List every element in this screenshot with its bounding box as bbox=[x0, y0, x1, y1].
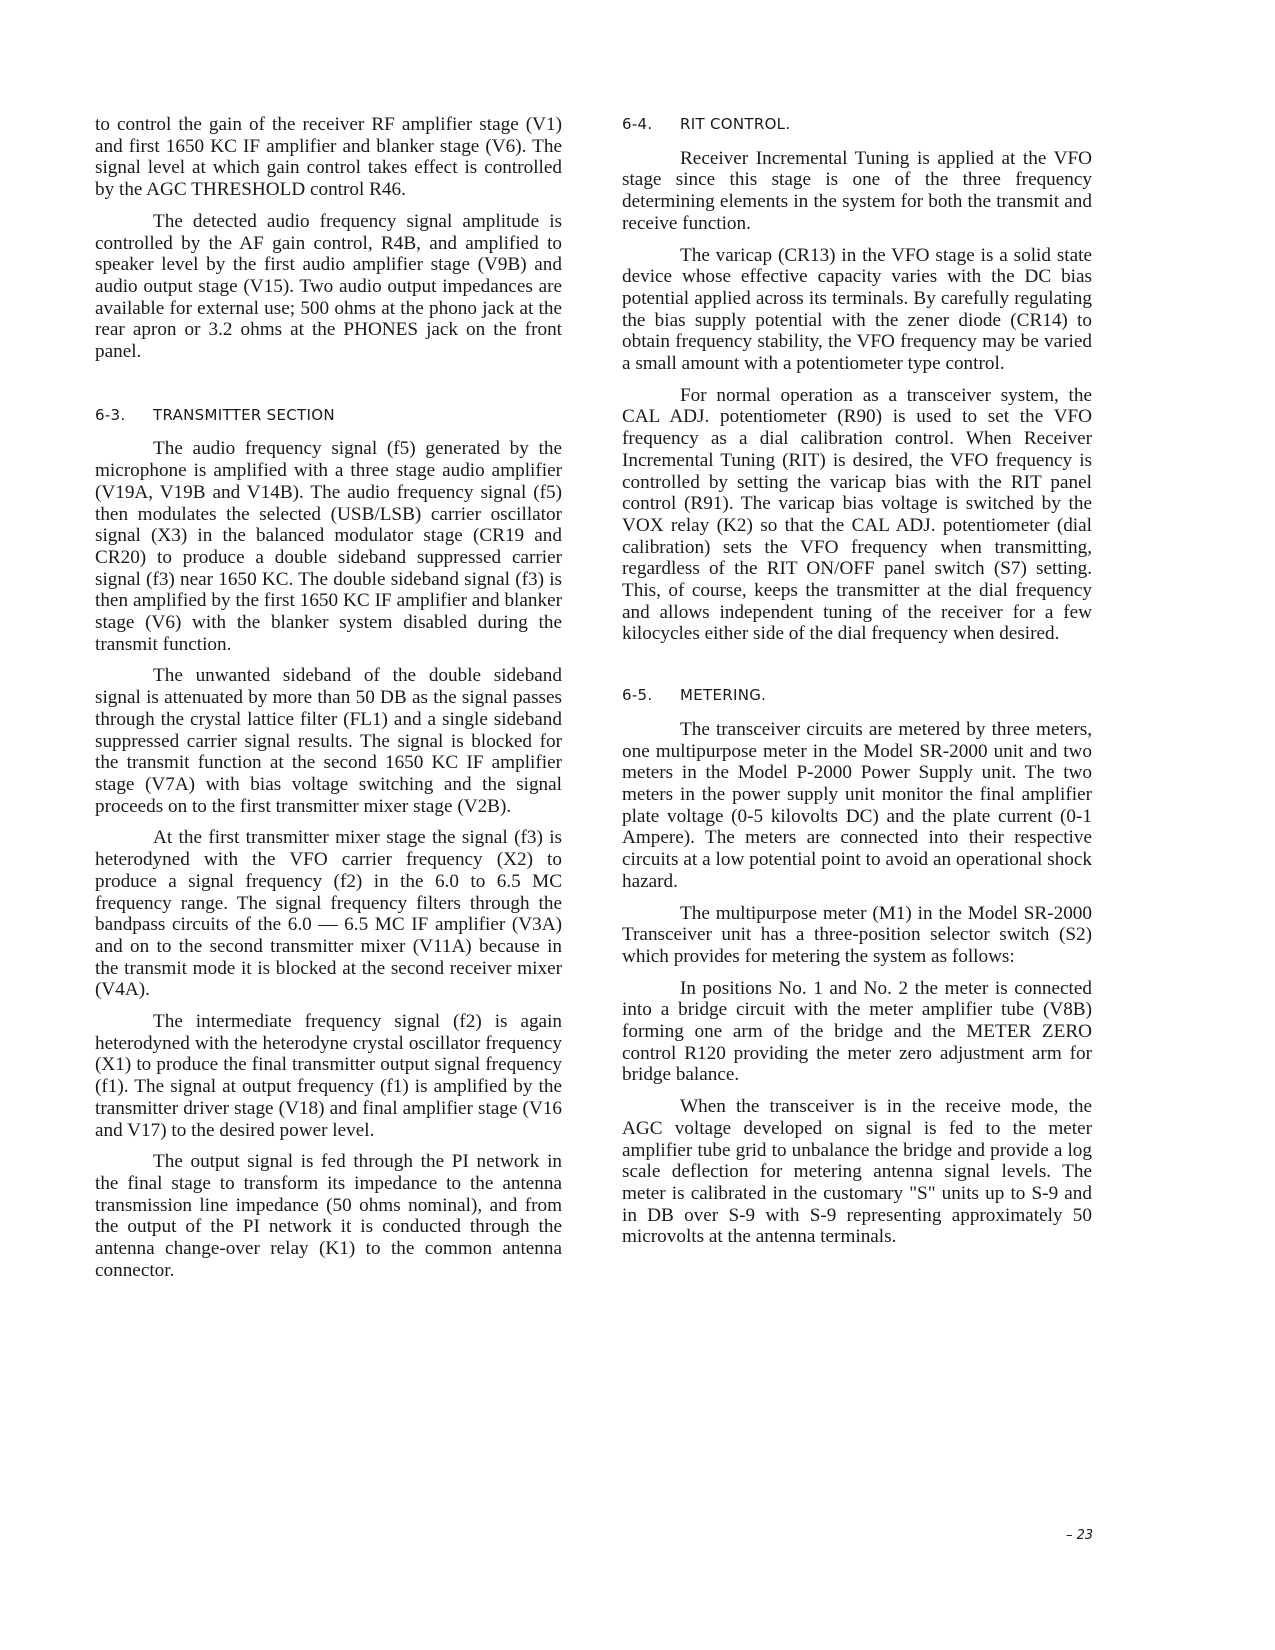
right-column: 6-4.RIT CONTROL. Receiver Incremental Tu… bbox=[622, 114, 1092, 1258]
section-title: TRANSMITTER SECTION bbox=[153, 406, 335, 424]
paragraph: The unwanted sideband of the double side… bbox=[95, 665, 562, 817]
paragraph: At the first transmitter mixer stage the… bbox=[95, 827, 562, 1001]
paragraph: The multipurpose meter (M1) in the Model… bbox=[622, 903, 1092, 968]
paragraph: When the transceiver is in the receive m… bbox=[622, 1096, 1092, 1248]
section-heading-6-5: 6-5.METERING. bbox=[622, 685, 1092, 707]
paragraph: The intermediate frequency signal (f2) i… bbox=[95, 1011, 562, 1141]
paragraph: The transceiver circuits are metered by … bbox=[622, 719, 1092, 893]
left-column: to control the gain of the receiver RF a… bbox=[95, 114, 562, 1291]
section-title: METERING. bbox=[680, 686, 766, 704]
paragraph: The varicap (CR13) in the VFO stage is a… bbox=[622, 245, 1092, 375]
paragraph-audio-amplitude: The detected audio frequency signal ampl… bbox=[95, 211, 562, 363]
section-number: 6-3. bbox=[95, 405, 153, 427]
paragraph: The audio frequency signal (f5) generate… bbox=[95, 438, 562, 655]
paragraph-agc-control: to control the gain of the receiver RF a… bbox=[95, 114, 562, 201]
paragraph: In positions No. 1 and No. 2 the meter i… bbox=[622, 978, 1092, 1087]
section-number: 6-4. bbox=[622, 114, 680, 136]
paragraph: For normal operation as a transceiver sy… bbox=[622, 385, 1092, 645]
paragraph: Receiver Incremental Tuning is applied a… bbox=[622, 148, 1092, 235]
section-heading-6-3: 6-3.TRANSMITTER SECTION bbox=[95, 405, 562, 427]
page-number: – 23 bbox=[1066, 1528, 1093, 1543]
section-title: RIT CONTROL. bbox=[680, 115, 790, 133]
paragraph: The output signal is fed through the PI … bbox=[95, 1151, 562, 1281]
section-heading-6-4: 6-4.RIT CONTROL. bbox=[622, 114, 1092, 136]
section-number: 6-5. bbox=[622, 685, 680, 707]
